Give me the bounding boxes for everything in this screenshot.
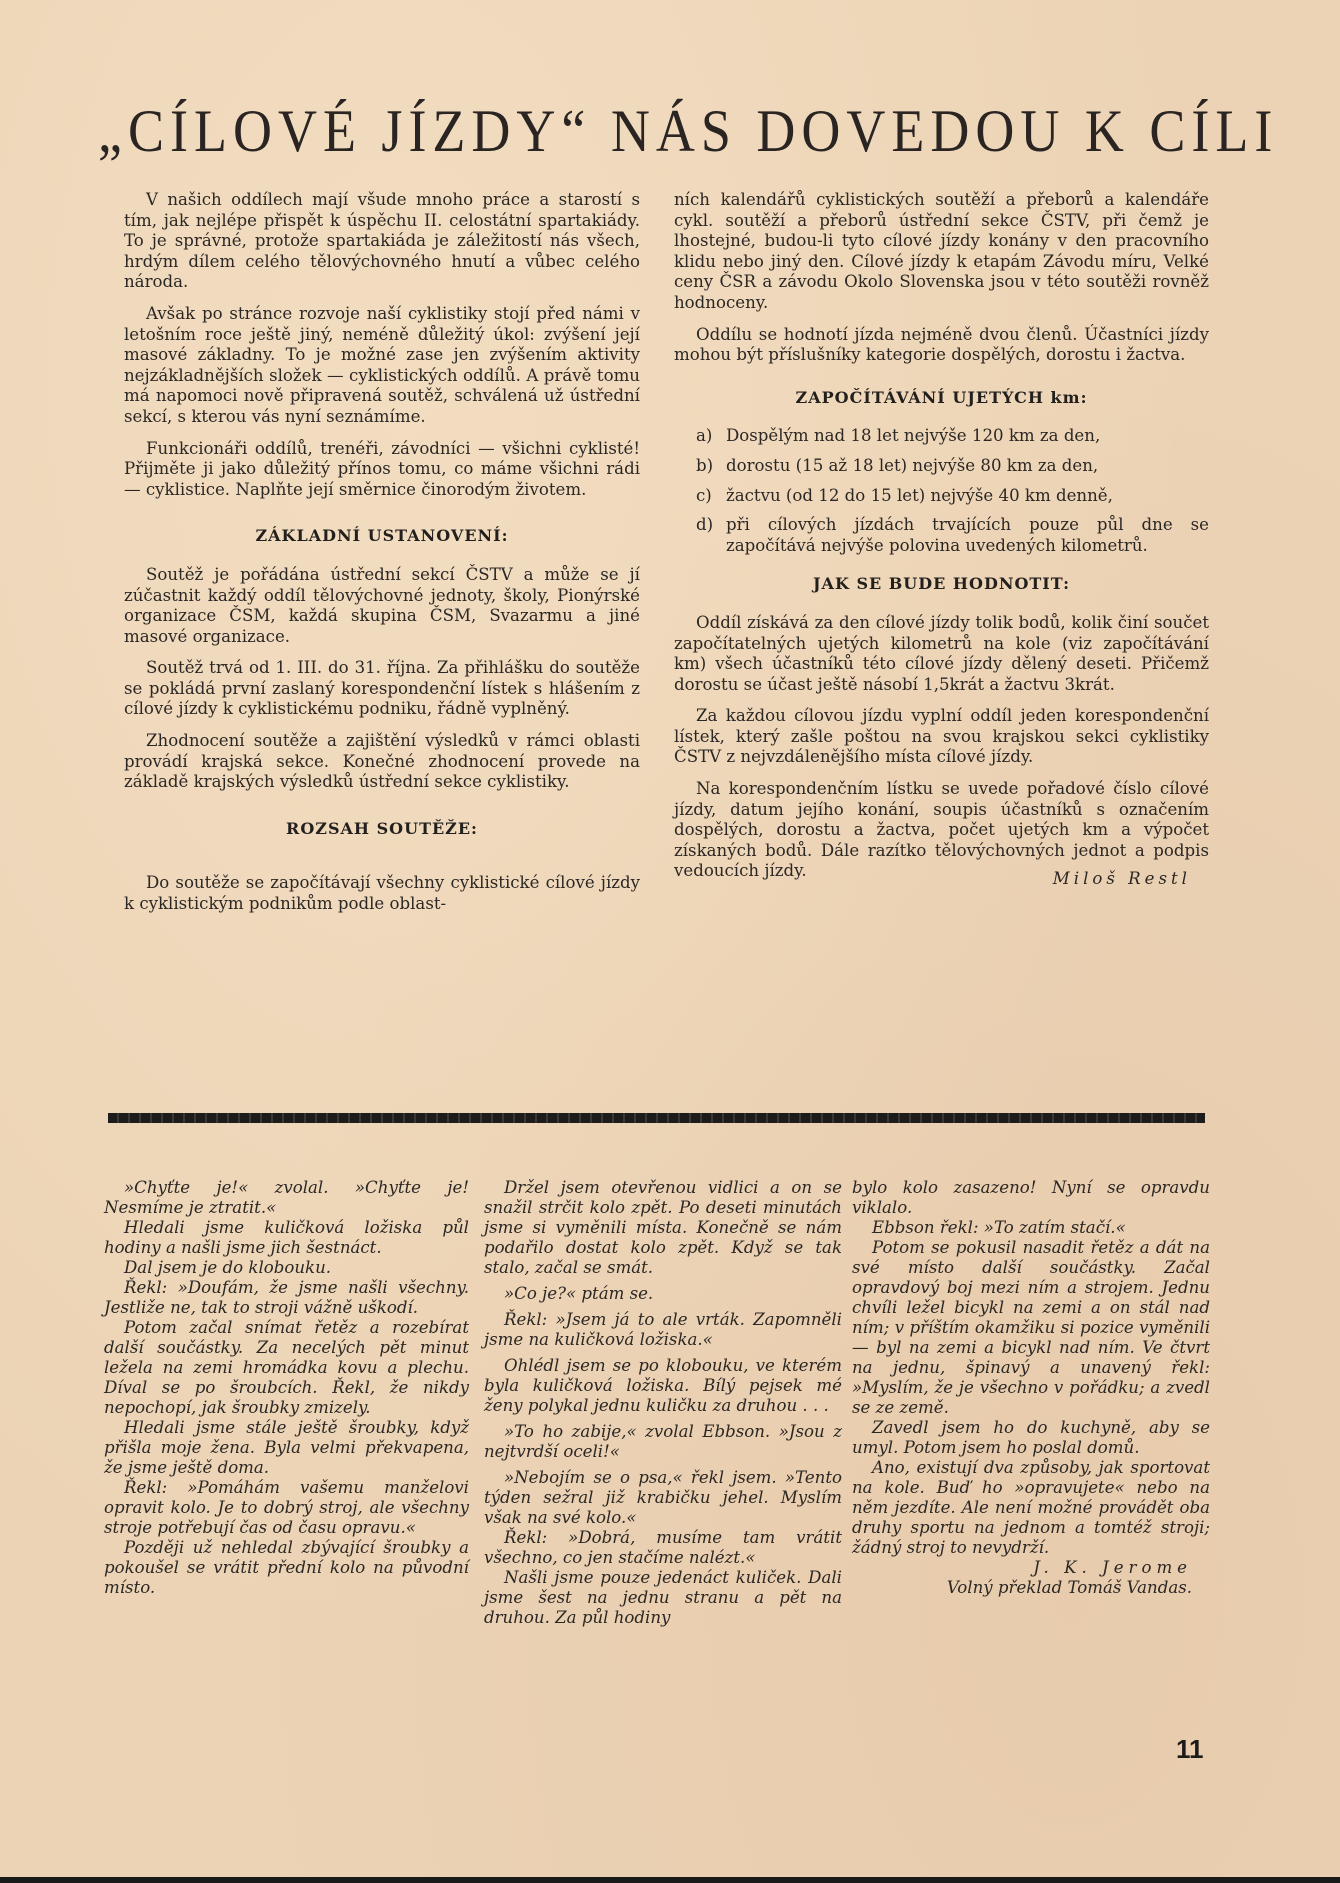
article-title: „CÍLOVÉ JÍZDY“ NÁS DOVEDOU K CÍLI bbox=[98, 96, 1210, 165]
basic-paragraph: Soutěž je pořádána ústřední sekcí ČSTV a… bbox=[124, 565, 640, 647]
article-column-right: ních kalendářů cyklistických soutěží a p… bbox=[674, 190, 1209, 890]
scope-paragraph-start: Do soutěže se započítávají všechny cykli… bbox=[124, 873, 640, 914]
km-rule-b: b) dorostu (15 až 18 let) nejvýše 80 km … bbox=[674, 456, 1209, 477]
story-paragraph: Ano, existují dva způsoby, jak sportovat… bbox=[852, 1458, 1210, 1558]
scope-paragraph: Oddílu se hodnotí jízda nejméně dvou čle… bbox=[674, 325, 1209, 366]
list-marker: c) bbox=[674, 486, 726, 507]
page-number: 11 bbox=[1176, 1734, 1204, 1765]
story-translator: Volný překlad Tomáš Vandas. bbox=[852, 1578, 1210, 1598]
list-text: při cílových jízdách trvajících pouze pů… bbox=[726, 515, 1209, 556]
scope-paragraph-continued: ních kalendářů cyklistických soutěží a p… bbox=[674, 190, 1209, 314]
km-rule-c: c) žactvu (od 12 do 15 let) nejvýše 40 k… bbox=[674, 486, 1209, 507]
evaluation-paragraph: Oddíl získává za den cílové jízdy tolik … bbox=[674, 613, 1209, 695]
page-edge bbox=[0, 1877, 1340, 1883]
list-text: žactvu (od 12 do 15 let) nejvýše 40 km d… bbox=[726, 486, 1209, 507]
story-paragraph: Řekl: »Pomáhám vašemu manželovi opravit … bbox=[104, 1478, 469, 1538]
km-rule-d: d) při cílových jízdách trvajících pouze… bbox=[674, 515, 1209, 556]
story-column-3: bylo kolo zasazeno! Nyní se opravdu vikl… bbox=[852, 1178, 1210, 1598]
story-author: J. K. Jerome bbox=[852, 1558, 1210, 1578]
intro-paragraph: Funkcionáři oddílů, trenéři, závodníci —… bbox=[124, 439, 640, 501]
intro-paragraph: Avšak po stránce rozvoje naší cyklistiky… bbox=[124, 304, 640, 428]
story-paragraph: »To ho zabije,« zvolal Ebbson. »Jsou z n… bbox=[484, 1422, 842, 1462]
story-paragraph: Potom začal snímat řetěz a rozebírat dal… bbox=[104, 1318, 469, 1418]
story-paragraph: Ohlédl jsem se po klobouku, ve kterém by… bbox=[484, 1356, 842, 1416]
section-heading-evaluation: JAK SE BUDE HODNOTIT: bbox=[674, 574, 1209, 595]
story-paragraph-continued: bylo kolo zasazeno! Nyní se opravdu vikl… bbox=[852, 1178, 1210, 1218]
basic-paragraph: Soutěž trvá od 1. III. do 31. října. Za … bbox=[124, 658, 640, 720]
list-marker: b) bbox=[674, 456, 726, 477]
story-column-2: Držel jsem otevřenou vidlici a on se sna… bbox=[484, 1178, 842, 1628]
article-column-left: V našich oddílech mají všude mnoho práce… bbox=[124, 190, 640, 926]
section-heading-basic: ZÁKLADNÍ USTANOVENÍ: bbox=[124, 526, 640, 547]
story-paragraph: Našli jsme pouze jedenáct kuliček. Dali … bbox=[484, 1568, 842, 1628]
evaluation-paragraph: Za každou cílovou jízdu vyplní oddíl jed… bbox=[674, 706, 1209, 768]
story-paragraph: Řekl: »Jsem já to ale vrták. Zapomněli j… bbox=[484, 1310, 842, 1350]
list-marker: a) bbox=[674, 426, 726, 447]
story-paragraph: »Nebojím se o psa,« řekl jsem. »Tento tý… bbox=[484, 1468, 842, 1528]
story-column-1: »Chyťte je!« zvolal. »Chyťte je! Nesmíme… bbox=[104, 1178, 469, 1598]
story-paragraph: Hledali jsme kuličková ložiska půl hodin… bbox=[104, 1218, 469, 1258]
intro-paragraph: V našich oddílech mají všude mnoho práce… bbox=[124, 190, 640, 293]
story-paragraph: Zavedl jsem ho do kuchyně, aby se umyl. … bbox=[852, 1418, 1210, 1458]
story-paragraph: Dal jsem je do klobouku. bbox=[104, 1258, 469, 1278]
section-divider bbox=[108, 1113, 1205, 1123]
list-marker: d) bbox=[674, 515, 726, 556]
story-paragraph: Držel jsem otevřenou vidlici a on se sna… bbox=[484, 1178, 842, 1278]
list-text: dorostu (15 až 18 let) nejvýše 80 km za … bbox=[726, 456, 1209, 477]
basic-paragraph: Zhodnocení soutěže a zajištění výsledků … bbox=[124, 731, 640, 793]
story-paragraph: Hledali jsme stále ještě šroubky, když p… bbox=[104, 1418, 469, 1478]
list-text: Dospělým nad 18 let nejvýše 120 km za de… bbox=[726, 426, 1209, 447]
story-paragraph: Ebbson řekl: »To zatím stačí.« bbox=[852, 1218, 1210, 1238]
story-paragraph: Později už nehledal zbývající šroubky a … bbox=[104, 1538, 469, 1598]
story-paragraph: Řekl: »Doufám, že jsme našli všechny. Je… bbox=[104, 1278, 469, 1318]
story-paragraph: »Chyťte je!« zvolal. »Chyťte je! Nesmíme… bbox=[104, 1178, 469, 1218]
evaluation-paragraph: Na korespondenčním lístku se uvede pořad… bbox=[674, 779, 1209, 882]
story-paragraph: Potom se pokusil nasadit řetěz a dát na … bbox=[852, 1238, 1210, 1418]
story-paragraph: Řekl: »Dobrá, musíme tam vrátit všechno,… bbox=[484, 1528, 842, 1568]
section-heading-km: ZAPOČÍTÁVÁNÍ UJETÝCH km: bbox=[674, 388, 1209, 409]
km-rule-a: a) Dospělým nad 18 let nejvýše 120 km za… bbox=[674, 426, 1209, 447]
story-paragraph: »Co je?« ptám se. bbox=[484, 1284, 842, 1304]
section-heading-scope: ROZSAH SOUTĚŽE: bbox=[124, 819, 640, 840]
